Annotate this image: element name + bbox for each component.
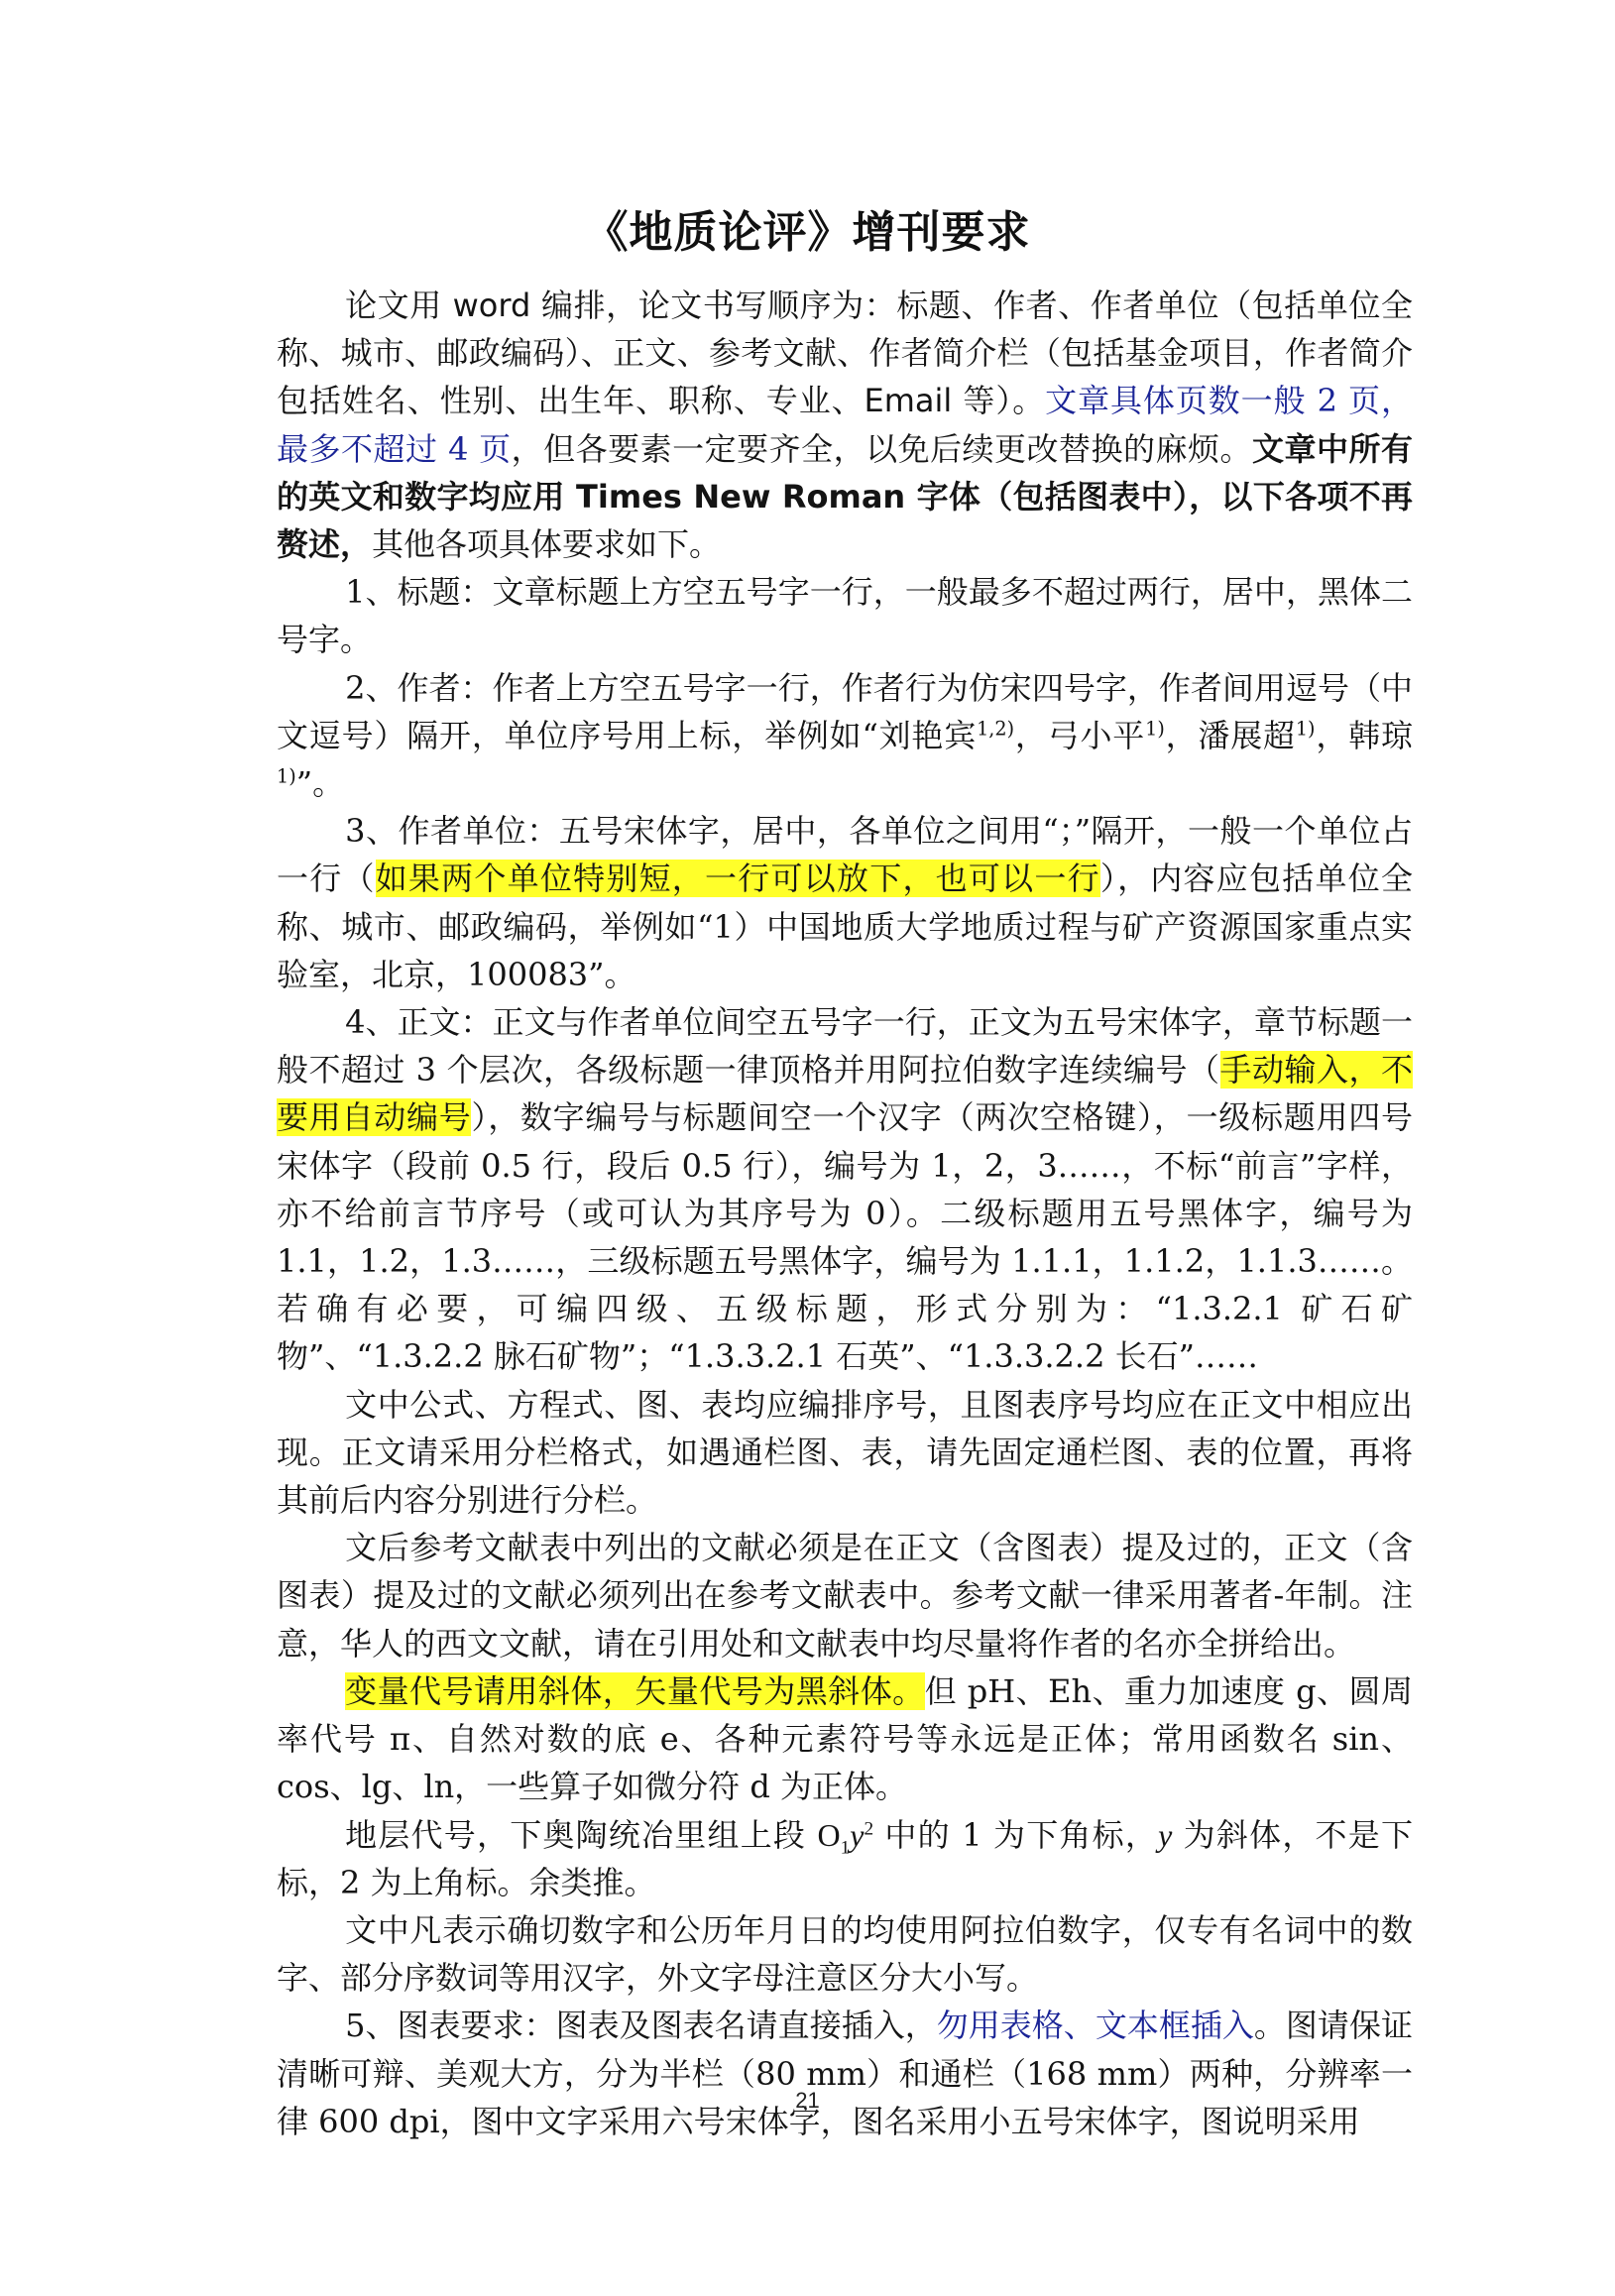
variables-paragraph: 变量代号请用斜体，矢量代号为黑斜体。但 pH、Eh、重力加速度 g、圆周率代号 … bbox=[277, 1667, 1413, 1811]
references-paragraph: 文后参考文献表中列出的文献必须是在正文（含图表）提及过的，正文（含图表）提及过的… bbox=[277, 1524, 1413, 1667]
strata-symbol: O1y2 bbox=[818, 1817, 874, 1853]
document-page: 《地质论评》增刊要求 论文用 word 编排，论文书写顺序为：标题、作者、作者单… bbox=[0, 0, 1615, 2296]
highlighted-note: 如果两个单位特别短，一行可以放下，也可以一行 bbox=[376, 860, 1100, 897]
numbers-paragraph: 文中凡表示确切数字和公历年月日的均使用阿拉伯数字，仅专有名词中的数字、部分序数词… bbox=[277, 1906, 1413, 2002]
figure-insert-note: 勿用表格、文本框插入 bbox=[937, 2007, 1254, 2044]
section-1-title-req: 1、标题：文章标题上方空五号字一行，一般最多不超过两行，居中，黑体二号字。 bbox=[277, 568, 1413, 663]
section-4-body-req: 4、正文：正文与作者单位间空五号字一行，正文为五号宋体字，章节标题一般不超过 3… bbox=[277, 998, 1413, 1381]
strata-paragraph: 地层代号，下奥陶统冶里组上段 O1y2 中的 1 为下角标，y 为斜体，不是下标… bbox=[277, 1811, 1413, 1906]
section-3-affiliation-req: 3、作者单位：五号宋体字，居中，各单位之间用“；”隔开，一般一个单位占一行（如果… bbox=[277, 807, 1413, 998]
section-5-figures-req: 5、图表要求：图表及图表名请直接插入，勿用表格、文本框插入。图请保证清晰可辩、美… bbox=[277, 2002, 1413, 2145]
formula-paragraph: 文中公式、方程式、图、表均应编排序号，且图表序号均应在正文中相应出现。正文请采用… bbox=[277, 1381, 1413, 1525]
email-term: Email bbox=[865, 382, 953, 419]
document-body: 论文用 word 编排，论文书写顺序为：标题、作者、作者单位（包括单位全称、城市… bbox=[277, 282, 1413, 2145]
page-number: 21 bbox=[0, 2088, 1615, 2114]
page-title: 《地质论评》增刊要求 bbox=[0, 203, 1615, 263]
section-2-author-req: 2、作者：作者上方空五号字一行，作者行为仿宋四号字，作者间用逗号（中文逗号）隔开… bbox=[277, 664, 1413, 808]
highlighted-note: 变量代号请用斜体，矢量代号为黑斜体。 bbox=[345, 1672, 925, 1710]
word-term: word bbox=[453, 287, 531, 324]
intro-paragraph: 论文用 word 编排，论文书写顺序为：标题、作者、作者单位（包括单位全称、城市… bbox=[277, 282, 1413, 568]
